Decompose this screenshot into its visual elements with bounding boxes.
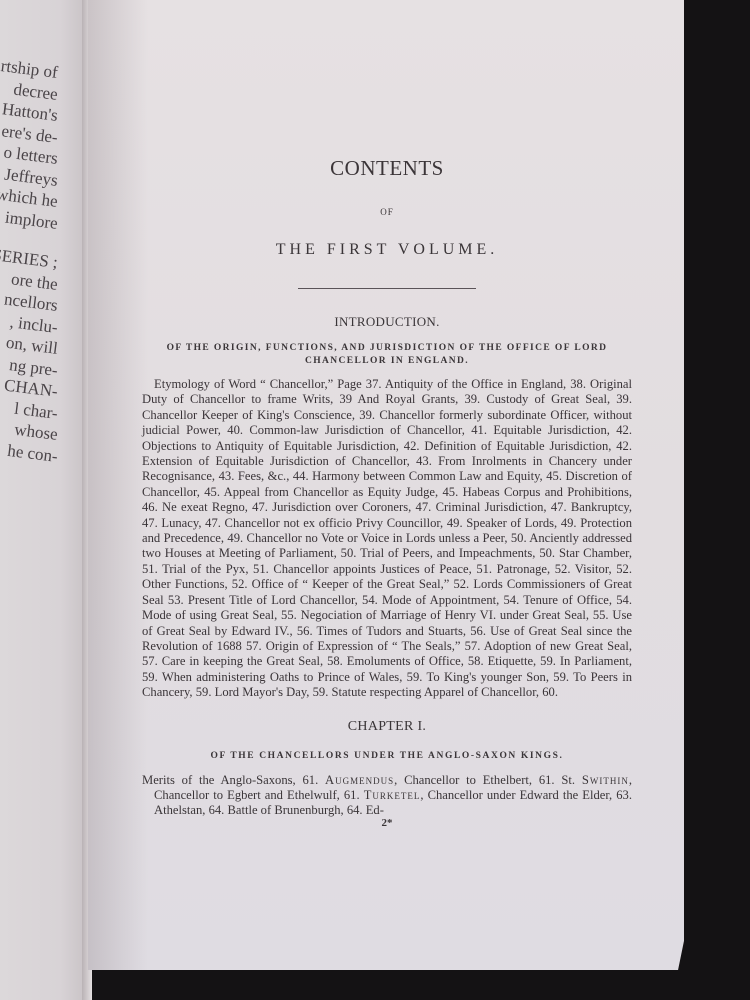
chancellor-name: Augmendus: [325, 773, 394, 787]
chancellor-name: Turketel: [364, 788, 421, 802]
introduction-subheading: OF THE ORIGIN, FUNCTIONS, AND JURISDICTI…: [142, 342, 632, 368]
page-subtitle: THE FIRST VOLUME.: [142, 241, 632, 259]
chapter-heading: CHAPTER I.: [142, 719, 632, 735]
title-of: OF: [142, 207, 632, 217]
page-curve-shadow: [88, 0, 148, 970]
left-page-text: rtship of decree Hatton's ere's de- o le…: [0, 62, 58, 467]
page-content: CONTENTS OF THE FIRST VOLUME. INTRODUCTI…: [142, 150, 632, 829]
chancellor-name: Swithin: [582, 773, 629, 787]
chapter-subheading: OF THE CHANCELLORS UNDER THE ANGLO-SAXON…: [142, 751, 632, 761]
chapter-body: Merits of the Anglo-Saxons, 61. Augmendu…: [142, 773, 632, 819]
introduction-heading: INTRODUCTION.: [142, 314, 632, 330]
introduction-body: Etymology of Word “ Chancellor,” Page 37…: [142, 377, 632, 701]
chapter-body-text: , Chancellor to Ethelbert, 61. St.: [394, 773, 582, 787]
page-title: CONTENTS: [142, 156, 632, 181]
title-rule: [298, 288, 476, 289]
left-page: rtship of decree Hatton's ere's de- o le…: [0, 0, 86, 1000]
chapter-body-text: Merits of the Anglo-Saxons, 61.: [142, 773, 325, 787]
